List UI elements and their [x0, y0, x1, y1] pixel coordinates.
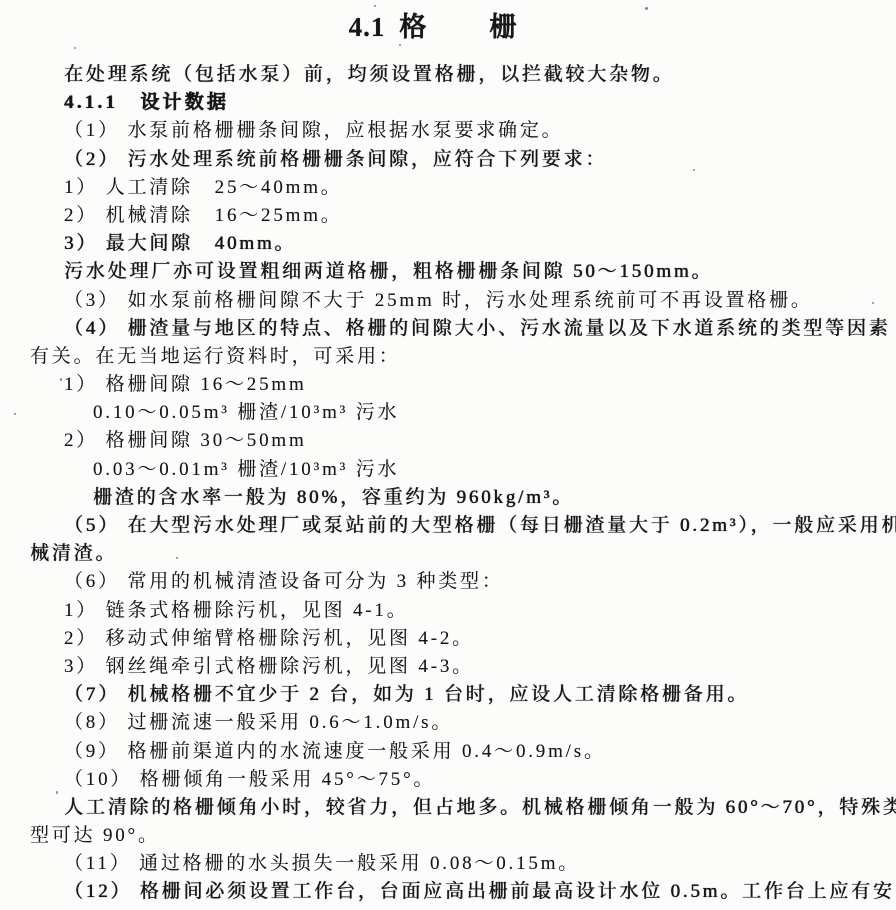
item-4-line-2: 有关。在无当地运行资料时，可采用：	[30, 343, 876, 371]
item-6-sub-2: 2） 移动式伸缩臂格栅除污机，见图 4-2。	[30, 625, 876, 653]
scanned-document-page: 4.1格栅 在处理系统（包括水泵）前，均须设置格栅，以拦截较大杂物。4.1.1 …	[0, 0, 896, 910]
item-2: （2） 污水处理系统前格栅栅条间隙，应符合下列要求：	[30, 146, 876, 174]
section-title-second-char: 栅	[489, 12, 517, 42]
item-11: （11） 通过格栅的水头损失一般采用 0.08～0.15m。	[30, 850, 876, 878]
item-2-sub-1: 1） 人工清除 25～40mm。	[30, 174, 876, 202]
scan-speck	[74, 47, 76, 49]
section-number: 4.1	[349, 12, 386, 42]
item-10: （10） 格栅倾角一般采用 45°～75°。	[30, 766, 876, 794]
scan-speck	[14, 413, 16, 415]
item-4-sub-1: 1） 格栅间隙 16～25mm	[30, 371, 876, 399]
scan-speck	[645, 7, 648, 10]
item-5-line-1: （5） 在大型污水处理厂或泵站前的大型格栅（每日栅渣量大于 0.2m³），一般应…	[30, 512, 876, 540]
item-7: （7） 机械格栅不宜少于 2 台，如为 1 台时，应设人工清除格栅备用。	[30, 681, 876, 709]
scan-speck	[399, 44, 401, 46]
item-9: （9） 格栅前渠道内的水流速度一般采用 0.4～0.9m/s。	[30, 738, 876, 766]
note-inclination-line-2: 型可达 90°。	[30, 822, 876, 850]
item-2-sub-2: 2） 机械清除 16～25mm。	[30, 202, 876, 230]
page-title: 4.1格栅	[0, 5, 866, 44]
scan-speck	[60, 378, 62, 381]
item-4-sub-2: 2） 格栅间隙 30～50mm	[30, 427, 876, 455]
scan-speck	[872, 302, 874, 304]
section-heading-4-1-1: 4.1.1 设计数据	[30, 89, 876, 117]
item-6: （6） 常用的机械清渣设备可分为 3 种类型：	[30, 568, 876, 596]
intro-paragraph: 在处理系统（包括水泵）前，均须设置格栅，以拦截较大杂物。	[30, 61, 876, 89]
item-2-sub-3: 3） 最大间隙 40mm。	[30, 230, 876, 258]
item-6-sub-1: 1） 链条式格栅除污机，见图 4-1。	[30, 597, 876, 625]
item-1: （1） 水泵前格栅栅条间隙，应根据水泵要求确定。	[30, 117, 876, 145]
item-12: （12） 格栅间必须设置工作台，台面应高出栅前最高设计水位 0.5m。工作台上应…	[30, 878, 876, 906]
item-8: （8） 过栅流速一般采用 0.6～1.0m/s。	[30, 709, 876, 737]
note-screenings-properties: 栅渣的含水率一般为 80%，容重约为 960kg/m³。	[30, 484, 876, 512]
scan-speck	[56, 791, 58, 794]
section-title-first-char: 格	[399, 12, 427, 42]
note-dual-screens: 污水处理厂亦可设置粗细两道格栅，粗格栅栅条间隙 50～150mm。	[30, 258, 876, 286]
scan-speck	[176, 557, 178, 559]
item-5-line-2: 械清渣。	[30, 540, 876, 568]
item-4-sub-2-value: 0.03～0.01m³ 栅渣/10³m³ 污水	[30, 456, 876, 484]
note-inclination-line-1: 人工清除的格栅倾角小时，较省力，但占地多。机械格栅倾角一般为 60°～70°，特…	[30, 794, 876, 822]
document-body: 在处理系统（包括水泵）前，均须设置格栅，以拦截较大杂物。4.1.1 设计数据（1…	[30, 61, 876, 907]
scan-speck	[693, 169, 695, 171]
scan-speck	[374, 5, 376, 7]
item-4-sub-1-value: 0.10～0.05m³ 栅渣/10³m³ 污水	[30, 399, 876, 427]
item-3: （3） 如水泵前格栅间隙不大于 25mm 时，污水处理系统前可不再设置格栅。	[30, 287, 876, 315]
item-6-sub-3: 3） 钢丝绳牵引式格栅除污机，见图 4-3。	[30, 653, 876, 681]
item-4-line-1: （4） 栅渣量与地区的特点、格栅的间隙大小、污水流量以及下水道系统的类型等因素	[30, 315, 876, 343]
